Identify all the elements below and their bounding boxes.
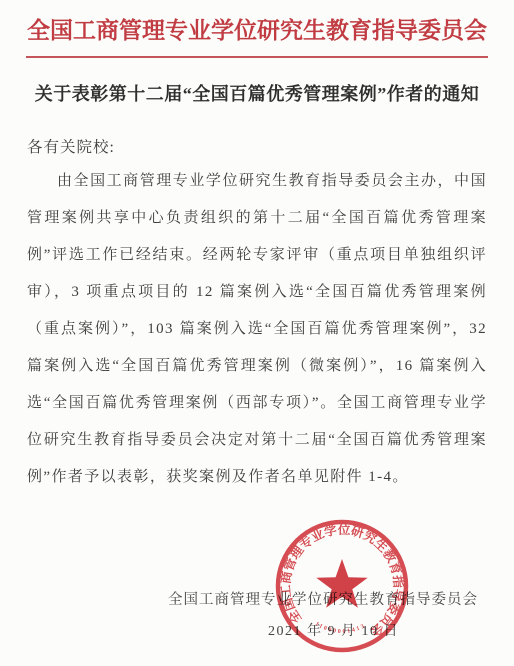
- notice-document: 全国工商管理专业学位研究生教育指导委员会 关于表彰第十二届“全国百篇优秀管理案例…: [0, 0, 514, 666]
- signature-date: 2021 年 9 月 10 日: [268, 620, 399, 640]
- document-title: 关于表彰第十二届“全国百篇优秀管理案例”作者的通知: [26, 83, 488, 106]
- letterhead-divider: [26, 56, 488, 58]
- salutation: 各有关院校:: [27, 139, 487, 158]
- signature-organization: 全国工商管理专业学位研究生教育指导委员会: [168, 588, 478, 609]
- letterhead-title: 全国工商管理专业学位研究生教育指导委员会: [0, 0, 514, 46]
- body-paragraph: 由全国工商管理专业学位研究生教育指导委员会主办，中国管理案例共享中心负责组织的第…: [27, 163, 487, 496]
